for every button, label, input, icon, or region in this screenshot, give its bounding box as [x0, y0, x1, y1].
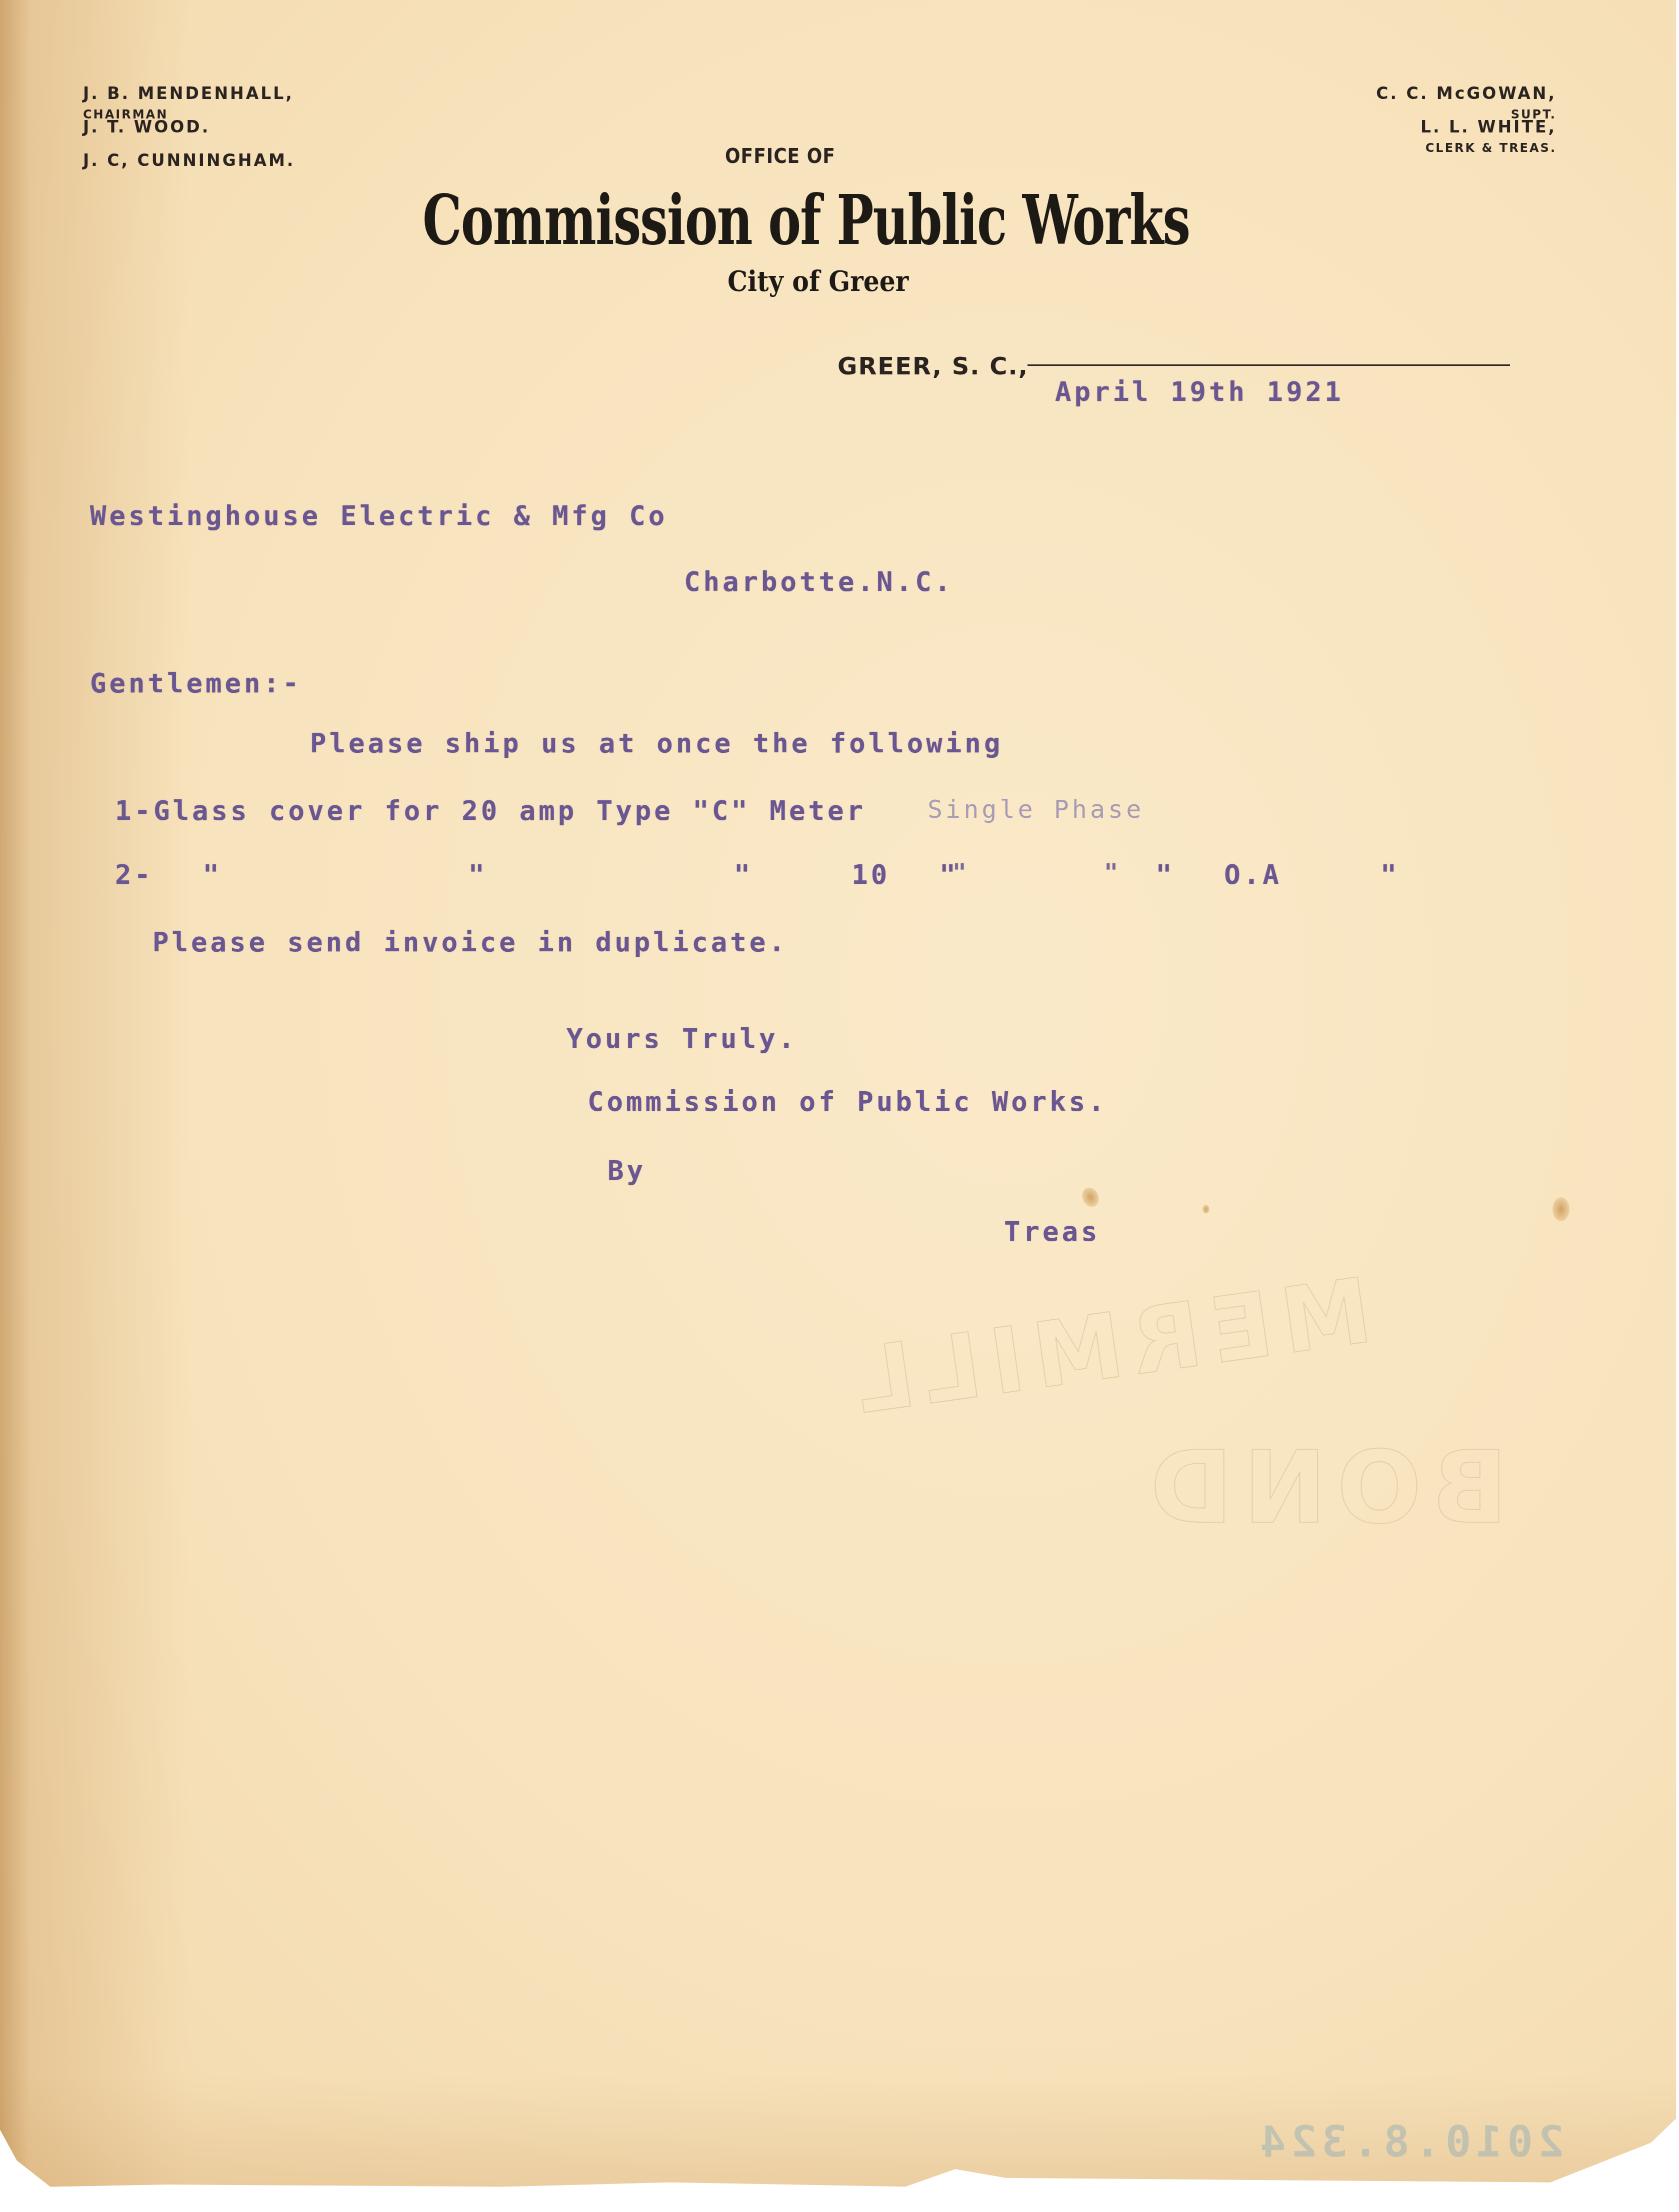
officer-2-title: CLERK & TREAS. — [1425, 141, 1556, 155]
signature-org: Commission of Public Works. — [587, 1086, 1107, 1117]
officer-2-name: L. L. WHITE, — [1420, 117, 1556, 136]
addressee-city: Charbotte.N.C. — [684, 566, 953, 597]
order-item-1-annotation: Single Phase — [927, 795, 1144, 824]
place-label: GREER, S. C., — [837, 352, 1028, 380]
order-item-1: 1-Glass cover for 20 amp Type "C" Meter — [115, 795, 866, 826]
order-item-2-annotation: " " — [952, 859, 1121, 886]
signature-title: Treas — [1004, 1216, 1100, 1247]
addressee-name: Westinghouse Electric & Mfg Co — [90, 500, 667, 531]
signature-by: By — [607, 1155, 646, 1186]
accession-number: 2010.8.324 — [1255, 2117, 1564, 2167]
stain-spot-2 — [1202, 1205, 1209, 1214]
letter-date: April 19th 1921 — [1055, 376, 1344, 407]
salutation: Gentlemen:- — [90, 667, 302, 699]
stain-spot-3 — [1552, 1197, 1569, 1221]
commissioner-3: J. C, CUNNINGHAM. — [67, 131, 295, 170]
officer-2: L. L. WHITE, CLERK & TREAS. — [1405, 97, 1556, 156]
commissioner-3-name: J. C, CUNNINGHAM. — [83, 150, 295, 170]
closing: Yours Truly. — [566, 1023, 797, 1054]
order-intro: Please ship us at once the following — [310, 727, 1003, 759]
invoice-instruction: Please send invoice in duplicate. — [152, 926, 788, 958]
date-rule — [1027, 364, 1510, 366]
office-of-label: OFFICE OF — [725, 145, 835, 168]
paper-watermark-line2: BOND — [1140, 1430, 1508, 1546]
order-item-2: 2- " " " 10 " " O.A " — [115, 859, 1399, 890]
letterhead-title: Commission of Public Works — [422, 180, 1189, 260]
letterhead-subtitle: City of Greer — [727, 265, 908, 298]
